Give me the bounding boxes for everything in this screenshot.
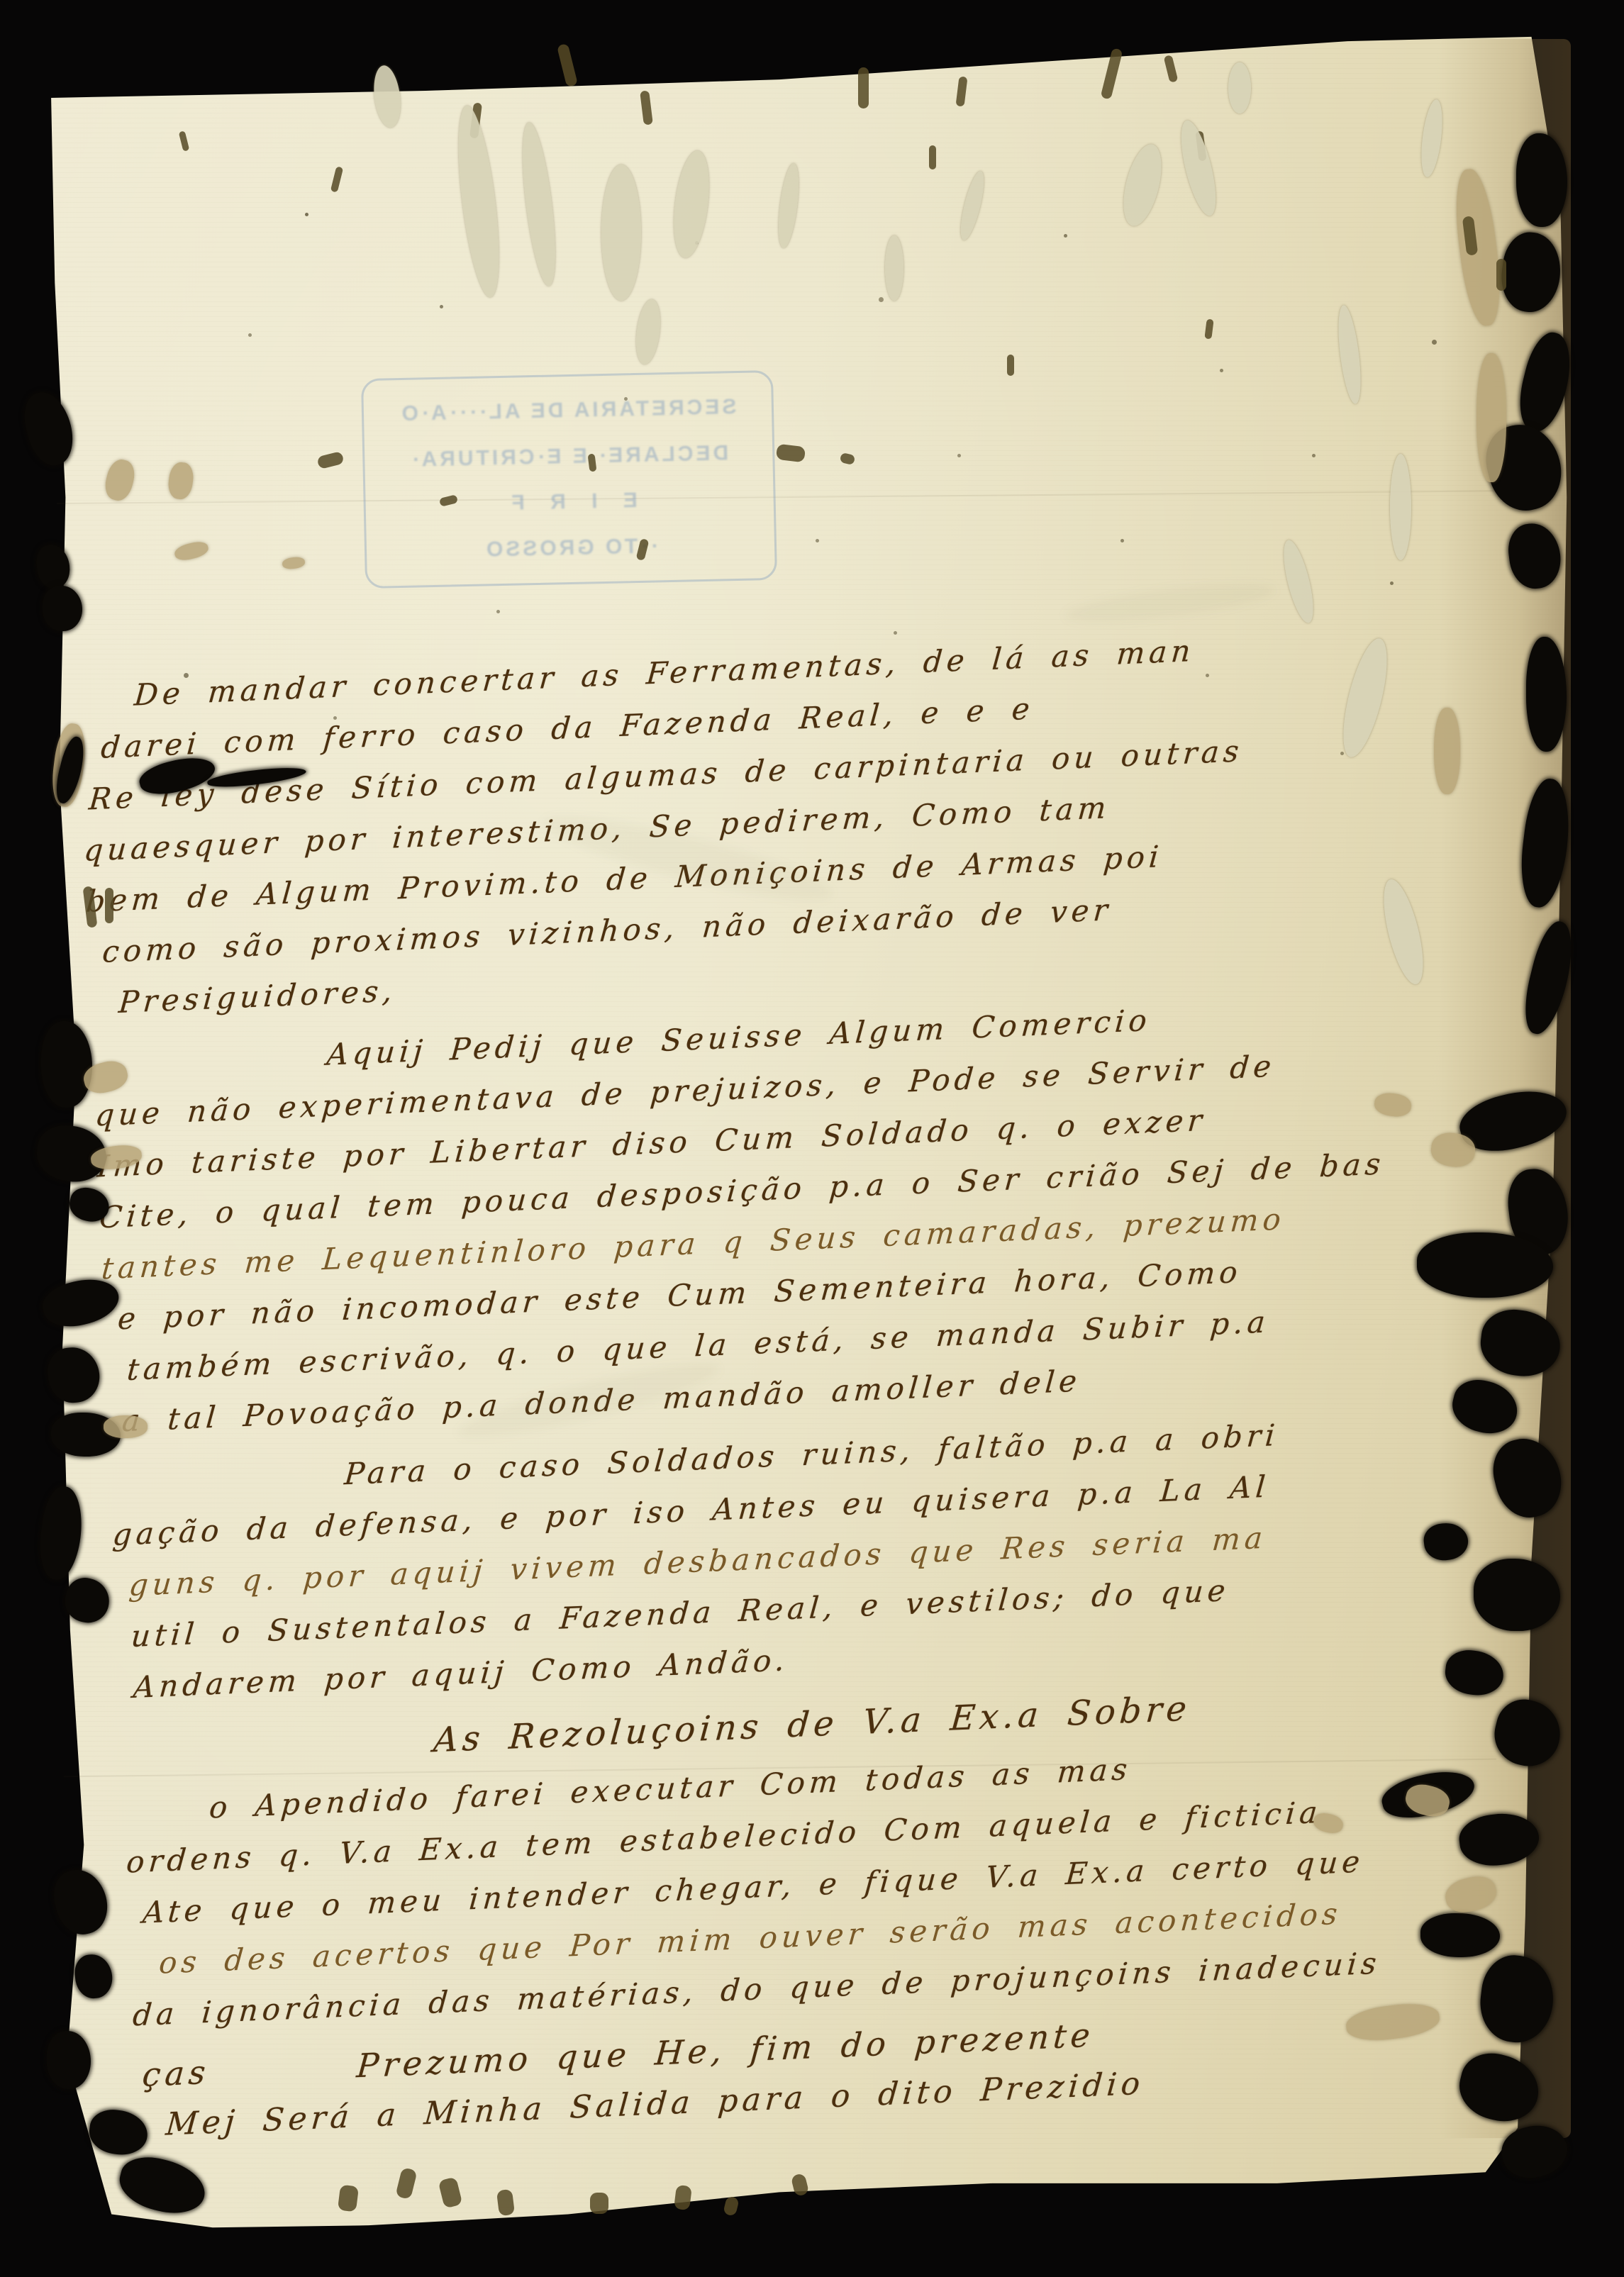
archive-stamp: SECRETARIA DE AL····A·ODECLARE· E E·CRIT…: [361, 370, 777, 589]
stamp-line: ··TO GROSSO: [484, 535, 658, 562]
worm-trail: [601, 165, 641, 301]
ink-fragment: [1496, 259, 1506, 291]
photo-background: { "stamp": { "mirrored": true, "ink_colo…: [0, 0, 1624, 2277]
ink-fragment: [858, 67, 869, 108]
stain: [104, 1415, 148, 1438]
ink-fragment: [590, 2193, 608, 2214]
worm-trail: [1228, 62, 1251, 113]
damage-hole: [41, 1021, 92, 1108]
ink-fragment: [105, 888, 113, 923]
paper-specks: [0, 0, 4, 4]
ink-fragment: [557, 43, 578, 87]
stain: [1434, 708, 1460, 794]
damage-hole: [47, 2031, 91, 2089]
damage-hole: [1474, 1559, 1560, 1631]
archive-stamp-text: SECRETARIA DE AL····A·ODECLARE· E E·CRIT…: [363, 372, 775, 586]
damage-hole: [1420, 1913, 1500, 1957]
stain: [1476, 353, 1506, 482]
damage-hole: [1417, 1232, 1553, 1298]
stamp-line: E I R F: [501, 489, 638, 516]
damage-hole: [43, 586, 82, 631]
worm-trail: [885, 235, 903, 301]
ink-fragment: [1007, 355, 1014, 376]
stamp-line: DECLARE· E E·CRITURA·: [408, 441, 728, 472]
ink-fragment: [674, 2185, 692, 2210]
damage-hole: [1516, 133, 1567, 227]
ink-fragment: [929, 145, 936, 169]
ink-fragment: [723, 2195, 740, 2217]
worm-trail: [1390, 454, 1411, 560]
stamp-line: SECRETARIA DE AL····A·O: [399, 395, 736, 426]
manuscript-line-text: Presiguidores,: [117, 965, 399, 1028]
